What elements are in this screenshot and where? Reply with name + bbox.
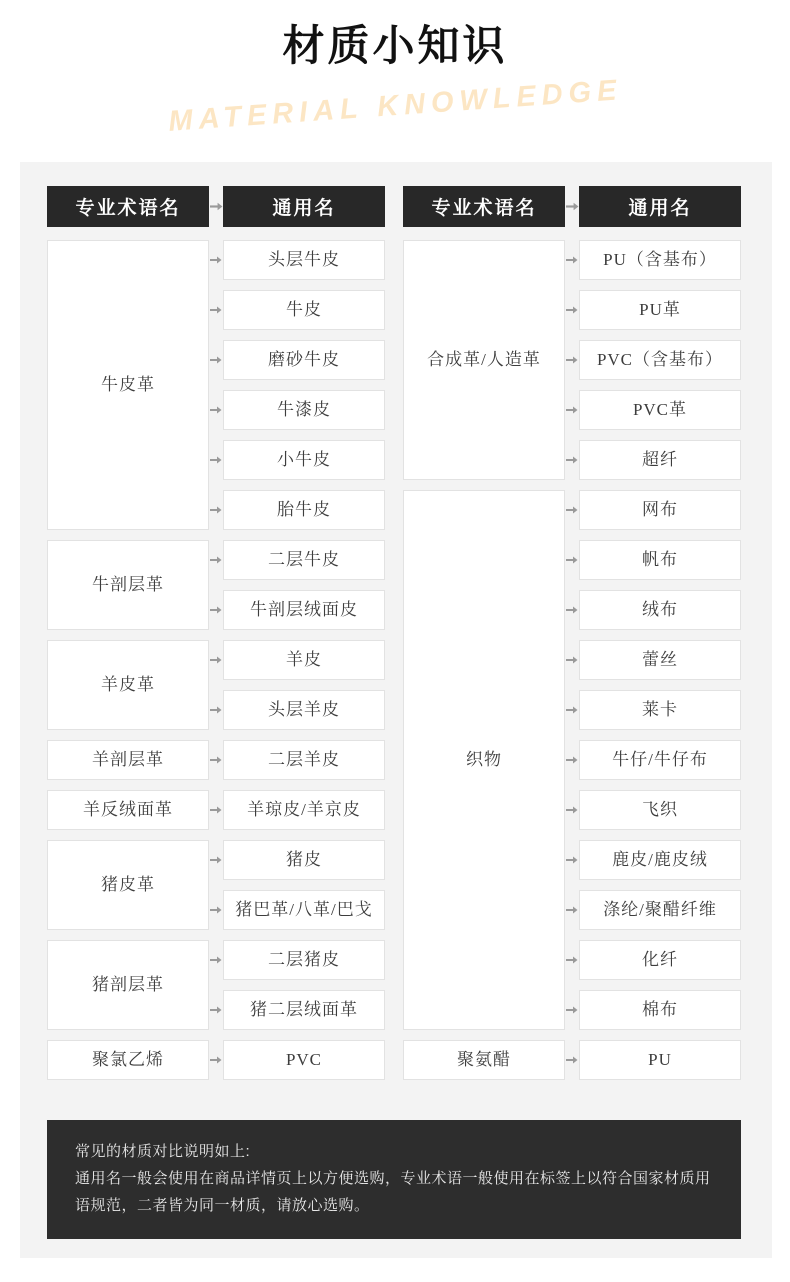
common-name-cell: PU（含基布） bbox=[579, 240, 741, 280]
common-name-cell: 棉布 bbox=[579, 990, 741, 1030]
term-cell: 羊皮革 bbox=[47, 640, 209, 730]
arrow-right-icon bbox=[565, 840, 579, 880]
common-name-cell: 羊皮 bbox=[223, 640, 385, 680]
term-cell: 聚氨醋 bbox=[403, 1040, 565, 1080]
arrow-right-icon bbox=[565, 240, 579, 280]
table-column-left: 专业术语名 通用名 牛皮革头层牛皮牛皮磨砂牛皮牛漆皮小牛皮胎牛皮牛剖层革二层牛皮… bbox=[47, 186, 385, 1080]
arrow-right-icon bbox=[209, 240, 223, 280]
page-title: 材质小知识 bbox=[0, 24, 790, 70]
common-name-cell: 猪二层绒面革 bbox=[223, 990, 385, 1030]
arrow-right-icon bbox=[565, 390, 579, 430]
arrow-right-icon bbox=[209, 640, 223, 680]
common-name-cell: PVC革 bbox=[579, 390, 741, 430]
common-name-cell: PU革 bbox=[579, 290, 741, 330]
arrow-right-icon bbox=[209, 1040, 223, 1080]
arrow-right-icon bbox=[565, 940, 579, 980]
arrow-right-icon bbox=[209, 690, 223, 730]
common-name-cell: 牛漆皮 bbox=[223, 390, 385, 430]
common-name-cell: PU bbox=[579, 1040, 741, 1080]
term-cell: 牛剖层革 bbox=[47, 540, 209, 630]
term-cell: 聚氯乙烯 bbox=[47, 1040, 209, 1080]
common-name-cell: 二层羊皮 bbox=[223, 740, 385, 780]
common-name-cell: PVC（含基布） bbox=[579, 340, 741, 380]
common-name-cell: 磨砂牛皮 bbox=[223, 340, 385, 380]
common-name-cell: 帆布 bbox=[579, 540, 741, 580]
arrow-right-icon bbox=[565, 186, 579, 227]
common-name-cell: 胎牛皮 bbox=[223, 490, 385, 530]
page-subtitle: MATERIAL KNOWLEDGE bbox=[167, 74, 623, 139]
material-table-panel: 专业术语名 通用名 牛皮革头层牛皮牛皮磨砂牛皮牛漆皮小牛皮胎牛皮牛剖层革二层牛皮… bbox=[20, 162, 772, 1258]
note-box: 常见的材质对比说明如上: 通用名一般会使用在商品详情页上以方便选购，专业术语一般… bbox=[47, 1120, 741, 1239]
term-cell: 猪皮革 bbox=[47, 840, 209, 930]
arrow-right-icon bbox=[565, 440, 579, 480]
arrow-right-icon bbox=[565, 640, 579, 680]
arrow-right-icon bbox=[565, 540, 579, 580]
page-header: 材质小知识 MATERIAL KNOWLEDGE bbox=[0, 0, 790, 123]
common-name-cell: 牛剖层绒面皮 bbox=[223, 590, 385, 630]
common-name-cell: 化纤 bbox=[579, 940, 741, 980]
arrow-right-icon bbox=[565, 290, 579, 330]
common-name-cell: 小牛皮 bbox=[223, 440, 385, 480]
common-name-cell: 网布 bbox=[579, 490, 741, 530]
table-header-row: 专业术语名 通用名 bbox=[47, 186, 385, 227]
arrow-right-icon bbox=[565, 990, 579, 1030]
term-cell: 猪剖层革 bbox=[47, 940, 209, 1030]
table-pairs: 专业术语名 通用名 牛皮革头层牛皮牛皮磨砂牛皮牛漆皮小牛皮胎牛皮牛剖层革二层牛皮… bbox=[47, 186, 741, 1080]
arrow-right-icon bbox=[565, 890, 579, 930]
arrow-right-icon bbox=[565, 490, 579, 530]
note-line-2: 通用名一般会使用在商品详情页上以方便选购，专业术语一般使用在标签上以符合国家材质… bbox=[75, 1165, 713, 1219]
arrow-right-icon bbox=[565, 690, 579, 730]
arrow-right-icon bbox=[209, 790, 223, 830]
arrow-right-icon bbox=[209, 740, 223, 780]
arrow-right-icon bbox=[209, 940, 223, 980]
arrow-right-icon bbox=[209, 440, 223, 480]
term-cell: 合成革/人造革 bbox=[403, 240, 565, 480]
common-name-cell: 牛仔/牛仔布 bbox=[579, 740, 741, 780]
common-name-cell: 莱卡 bbox=[579, 690, 741, 730]
term-cell: 羊反绒面革 bbox=[47, 790, 209, 830]
common-name-cell: PVC bbox=[223, 1040, 385, 1080]
arrow-right-icon bbox=[209, 540, 223, 580]
arrow-right-icon bbox=[209, 990, 223, 1030]
table-header-row: 专业术语名 通用名 bbox=[403, 186, 741, 227]
common-name-cell: 飞织 bbox=[579, 790, 741, 830]
table-rows-right: 合成革/人造革PU（含基布）PU革PVC（含基布）PVC革超纤织物网布帆布绒布蕾… bbox=[403, 240, 741, 1080]
arrow-right-icon bbox=[209, 890, 223, 930]
arrow-right-icon bbox=[209, 840, 223, 880]
arrow-right-icon bbox=[565, 740, 579, 780]
note-line-1: 常见的材质对比说明如上: bbox=[75, 1138, 713, 1165]
arrow-right-icon bbox=[565, 340, 579, 380]
term-column-header: 专业术语名 bbox=[403, 186, 565, 227]
arrow-right-icon bbox=[209, 290, 223, 330]
arrow-right-icon bbox=[565, 1040, 579, 1080]
arrow-right-icon bbox=[565, 790, 579, 830]
arrow-right-icon bbox=[209, 490, 223, 530]
common-name-cell: 羊琼皮/羊京皮 bbox=[223, 790, 385, 830]
common-column-header: 通用名 bbox=[223, 186, 385, 227]
common-name-cell: 蕾丝 bbox=[579, 640, 741, 680]
common-column-header: 通用名 bbox=[579, 186, 741, 227]
common-name-cell: 鹿皮/鹿皮绒 bbox=[579, 840, 741, 880]
arrow-right-icon bbox=[209, 390, 223, 430]
common-name-cell: 头层羊皮 bbox=[223, 690, 385, 730]
term-cell: 织物 bbox=[403, 490, 565, 1030]
common-name-cell: 二层牛皮 bbox=[223, 540, 385, 580]
common-name-cell: 绒布 bbox=[579, 590, 741, 630]
common-name-cell: 头层牛皮 bbox=[223, 240, 385, 280]
panel-content: 专业术语名 通用名 牛皮革头层牛皮牛皮磨砂牛皮牛漆皮小牛皮胎牛皮牛剖层革二层牛皮… bbox=[47, 186, 741, 1239]
table-column-right: 专业术语名 通用名 合成革/人造革PU（含基布）PU革PVC（含基布）PVC革超… bbox=[403, 186, 741, 1080]
table-rows-left: 牛皮革头层牛皮牛皮磨砂牛皮牛漆皮小牛皮胎牛皮牛剖层革二层牛皮牛剖层绒面皮羊皮革羊… bbox=[47, 240, 385, 1080]
arrow-right-icon bbox=[209, 590, 223, 630]
term-cell: 羊剖层革 bbox=[47, 740, 209, 780]
common-name-cell: 牛皮 bbox=[223, 290, 385, 330]
arrow-right-icon bbox=[209, 186, 223, 227]
arrow-right-icon bbox=[565, 590, 579, 630]
common-name-cell: 涤纶/聚醋纤维 bbox=[579, 890, 741, 930]
common-name-cell: 猪巴革/八革/巴戈 bbox=[223, 890, 385, 930]
common-name-cell: 超纤 bbox=[579, 440, 741, 480]
term-cell: 牛皮革 bbox=[47, 240, 209, 530]
common-name-cell: 二层猪皮 bbox=[223, 940, 385, 980]
arrow-right-icon bbox=[209, 340, 223, 380]
term-column-header: 专业术语名 bbox=[47, 186, 209, 227]
common-name-cell: 猪皮 bbox=[223, 840, 385, 880]
